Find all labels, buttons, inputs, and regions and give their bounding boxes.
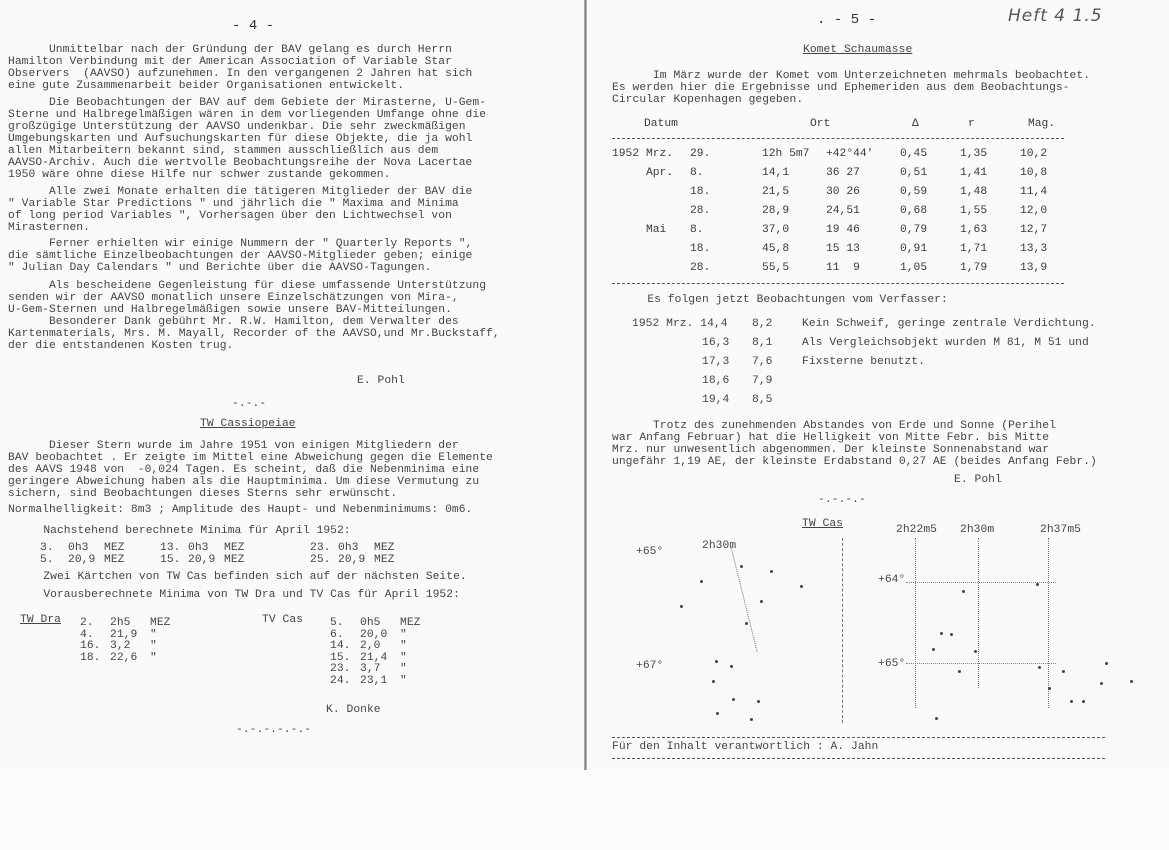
- star-dot: [750, 718, 753, 721]
- cell-delta: 0,59: [900, 186, 927, 198]
- minimum-time: 23,1: [360, 675, 387, 688]
- dec-label-64: +64°: [878, 574, 905, 587]
- cell-dec: 15 13: [826, 243, 860, 255]
- minimum-zone: ": [150, 652, 157, 665]
- star-dot: [732, 698, 735, 701]
- observation-note: Fixsterne benutzt.: [802, 356, 925, 369]
- minimum-time: 22,6: [110, 652, 137, 665]
- cell-day: 8.: [690, 167, 704, 179]
- observation-note: Als Vergleichsobjekt wurden M 81, M 51 u…: [802, 337, 1089, 350]
- page-number-left: - 4 -: [232, 20, 274, 33]
- ra-label-2h37m5: 2h37m5: [1040, 524, 1081, 537]
- cell-delta: 0,91: [900, 243, 927, 255]
- observation-mag: 7,9: [752, 375, 773, 388]
- cell-mag: 11,4: [1020, 186, 1047, 198]
- star-dot: [770, 570, 773, 573]
- star-dot: [1100, 682, 1103, 685]
- cell-ra: 12h 5m7: [762, 148, 809, 160]
- tv-cas-label: TV Cas: [262, 614, 303, 627]
- star-dot: [715, 660, 718, 663]
- cell-mag: 10,2: [1020, 148, 1047, 160]
- star-dot: [800, 585, 803, 588]
- cell-month: Mrz.: [646, 148, 673, 160]
- cell-day: 28.: [690, 262, 710, 274]
- observation-date: 18,6: [702, 375, 729, 388]
- star-dot: [760, 600, 763, 603]
- star-dot: [680, 605, 683, 608]
- observation-mag: 8,1: [752, 337, 773, 350]
- cell-day: 18.: [690, 243, 710, 255]
- text-line: sichern, sind Beobachtungen dieses Stern…: [8, 488, 397, 501]
- comet-heading: Komet Schaumasse: [803, 44, 912, 57]
- text-line: der die entstandenen Kosten trug.: [8, 340, 233, 353]
- table-row: 18.21,530 260,591,4811,4: [612, 186, 1082, 199]
- cell-dec: 36 27: [826, 167, 860, 179]
- text-line: Circular Kopenhagen gegeben.: [612, 94, 803, 107]
- star-dot: [962, 590, 965, 593]
- cell-dec: 19 46: [826, 224, 860, 236]
- observation-mag: 7,6: [752, 356, 773, 369]
- star-dot: [950, 633, 953, 636]
- signature-pohl-2: E. Pohl: [954, 474, 1002, 487]
- cell-dec: 24,51: [826, 205, 860, 217]
- text-line: eine gute Zusammenarbeit beider Organisa…: [8, 80, 404, 93]
- cell-day: 18.: [690, 186, 710, 198]
- text-line: 1950 wäre ohne diese Hilfe nur schwer zu…: [8, 169, 390, 182]
- dec-label-65-right: +65°: [878, 658, 905, 671]
- star-dot: [740, 565, 743, 568]
- table-row: Apr.8.14,136 270,511,4110,8: [612, 167, 1082, 180]
- star-dot: [958, 670, 961, 673]
- minimum-zone: MEZ: [104, 554, 125, 567]
- star-dot: [1105, 662, 1108, 665]
- grid-dec-65: [906, 663, 1056, 664]
- cell-r: 1,41: [960, 167, 987, 179]
- cell-year: 1952: [612, 148, 639, 160]
- charts-note: Zwei Kärtchen von TW Cas befinden sich a…: [16, 571, 467, 584]
- footer-rule-bottom: [612, 758, 1105, 759]
- cell-day: 28.: [690, 205, 710, 217]
- grid-ra-1: [915, 538, 916, 708]
- handwritten-note: Heft 4 1.5: [1008, 6, 1103, 26]
- cell-mag: 12,0: [1020, 205, 1047, 217]
- minimum-time: 20,9: [188, 554, 215, 567]
- cell-delta: 1,05: [900, 262, 927, 274]
- footer-responsible: Für den Inhalt verantwortlich : A. Jahn: [612, 741, 878, 754]
- ra-label-2h30m-right: 2h30m: [960, 524, 994, 537]
- minimum-day: 25.: [310, 554, 331, 567]
- separator-1: -.-.-: [232, 398, 266, 411]
- separator-2: -.-.-.-.-.-: [236, 724, 311, 737]
- cell-r: 1,63: [960, 224, 987, 236]
- minima-intro: Nachstehend berechnete Minima für April …: [16, 525, 351, 538]
- star-dot: [1038, 666, 1041, 669]
- cell-r: 1,71: [960, 243, 987, 255]
- table-row: 18.45,815 130,911,7113,3: [612, 243, 1082, 256]
- minimum-zone: MEZ: [224, 554, 245, 567]
- page-gutter: [584, 0, 587, 850]
- header-mag: Mag.: [1028, 118, 1055, 130]
- header-r: r: [968, 118, 975, 130]
- cell-ra: 28,9: [762, 205, 789, 217]
- star-dot: [1048, 687, 1051, 690]
- star-dot: [700, 580, 703, 583]
- cell-mag: 10,8: [1020, 167, 1047, 179]
- star-dot: [730, 665, 733, 668]
- footer-rule-top: [612, 737, 1105, 738]
- table-row: Mai8.37,019 460,791,6312,7: [612, 224, 1082, 237]
- header-delta: Δ: [912, 118, 919, 130]
- cell-delta: 0,68: [900, 205, 927, 217]
- minimum-day: 5.: [40, 554, 54, 567]
- star-dot: [974, 650, 977, 653]
- star-dot: [1062, 670, 1065, 673]
- cell-month: Apr.: [646, 167, 673, 179]
- cell-ra: 21,5: [762, 186, 789, 198]
- minimum-day: 18.: [80, 652, 101, 665]
- text-line: " Julian Day Calendars " und Berichte üb…: [8, 262, 431, 275]
- signature-pohl-1: E. Pohl: [357, 375, 405, 388]
- observation-date: 1952 Mrz. 14,4: [632, 318, 728, 331]
- observation-date: 16,3: [702, 337, 729, 350]
- table-row: 28.28,924,510,681,5512,0: [612, 205, 1082, 218]
- cell-r: 1,48: [960, 186, 987, 198]
- tw-cas-chart-title: TW Cas: [802, 518, 843, 531]
- cell-ra: 14,1: [762, 167, 789, 179]
- cell-dec: +42°44': [826, 148, 873, 160]
- cell-r: 1,79: [960, 262, 987, 274]
- minimum-zone: ": [400, 675, 407, 688]
- cell-day: 29.: [690, 148, 710, 160]
- tw-cas-heading: TW Cassiopeiae: [200, 418, 296, 431]
- grid-ra-3: [1048, 538, 1049, 708]
- cell-month: Mai: [646, 224, 666, 236]
- observation-mag: 8,5: [752, 394, 773, 407]
- star-dot: [1082, 700, 1085, 703]
- ra-label-2h22m5: 2h22m5: [896, 524, 937, 537]
- page-bottom-margin: [0, 770, 1169, 850]
- minimum-zone: MEZ: [374, 554, 395, 567]
- observations-intro: Es folgen jetzt Beobachtungen vom Verfas…: [620, 294, 948, 307]
- star-dot: [716, 712, 719, 715]
- cell-r: 1,55: [960, 205, 987, 217]
- star-dot: [932, 648, 935, 651]
- cell-delta: 0,79: [900, 224, 927, 236]
- table-header: Datum Ort Δ r Mag.: [612, 118, 1082, 131]
- text-line: ungefähr 1,19 AE, der kleinste Erdabstan…: [612, 456, 1097, 469]
- tw-dra-label: TW Dra: [20, 614, 61, 627]
- header-ort: Ort: [810, 118, 830, 130]
- dec-label-65: +65°: [636, 546, 663, 559]
- observation-date: 17,3: [702, 356, 729, 369]
- cell-delta: 0,45: [900, 148, 927, 160]
- star-dot: [1130, 680, 1133, 683]
- star-dot: [745, 622, 748, 625]
- observation-note: Kein Schweif, geringe zentrale Verdichtu…: [802, 318, 1096, 331]
- star-dot: [940, 632, 943, 635]
- text-line: Mirasternen.: [8, 222, 90, 235]
- ephemeris-table: Datum Ort Δ r Mag. 1952Mrz.29.12h 5m7+42…: [612, 118, 1082, 288]
- table-row: 1952Mrz.29.12h 5m7+42°44'0,451,3510,2: [612, 148, 1082, 161]
- star-dot: [935, 717, 938, 720]
- dec-label-67: +67°: [636, 660, 663, 673]
- cell-mag: 13,9: [1020, 262, 1047, 274]
- star-dot: [757, 700, 760, 703]
- page-number-right: . - 5 -: [817, 14, 876, 27]
- cell-dec: 11 9: [826, 262, 860, 274]
- cell-ra: 37,0: [762, 224, 789, 236]
- grid-dec-64: [906, 582, 1056, 583]
- grid-ra-2: [978, 538, 979, 688]
- observation-date: 19,4: [702, 394, 729, 407]
- star-dot: [712, 680, 715, 683]
- cell-ra: 45,8: [762, 243, 789, 255]
- precomputed-intro: Vorausberechnete Minima von TW Dra und T…: [16, 589, 460, 602]
- minimum-day: 24.: [330, 675, 351, 688]
- minimum-time: 20,9: [338, 554, 365, 567]
- star-dot: [1036, 583, 1039, 586]
- cell-day: 8.: [690, 224, 704, 236]
- star-dot: [1070, 700, 1073, 703]
- signature-donke: K. Donke: [326, 704, 381, 717]
- minimum-day: 15.: [160, 554, 181, 567]
- cell-r: 1,35: [960, 148, 987, 160]
- table-row: 28.55,511 91,051,7913,9: [612, 262, 1082, 275]
- cell-delta: 0,51: [900, 167, 927, 179]
- cell-dec: 30 26: [826, 186, 860, 198]
- chart-divider: [842, 538, 843, 723]
- separator-3: -.-.-.-: [818, 494, 866, 507]
- table-rule-bottom: [612, 283, 1064, 284]
- cell-ra: 55,5: [762, 262, 789, 274]
- minimum-time: 20,9: [68, 554, 95, 567]
- table-rule-top: [612, 138, 1064, 139]
- cell-mag: 13,3: [1020, 243, 1047, 255]
- observation-mag: 8,2: [752, 318, 773, 331]
- header-datum: Datum: [644, 118, 678, 130]
- normal-brightness-line: Normalhelligkeit: 8m3 ; Amplitude des Ha…: [8, 504, 472, 517]
- cell-mag: 12,7: [1020, 224, 1047, 236]
